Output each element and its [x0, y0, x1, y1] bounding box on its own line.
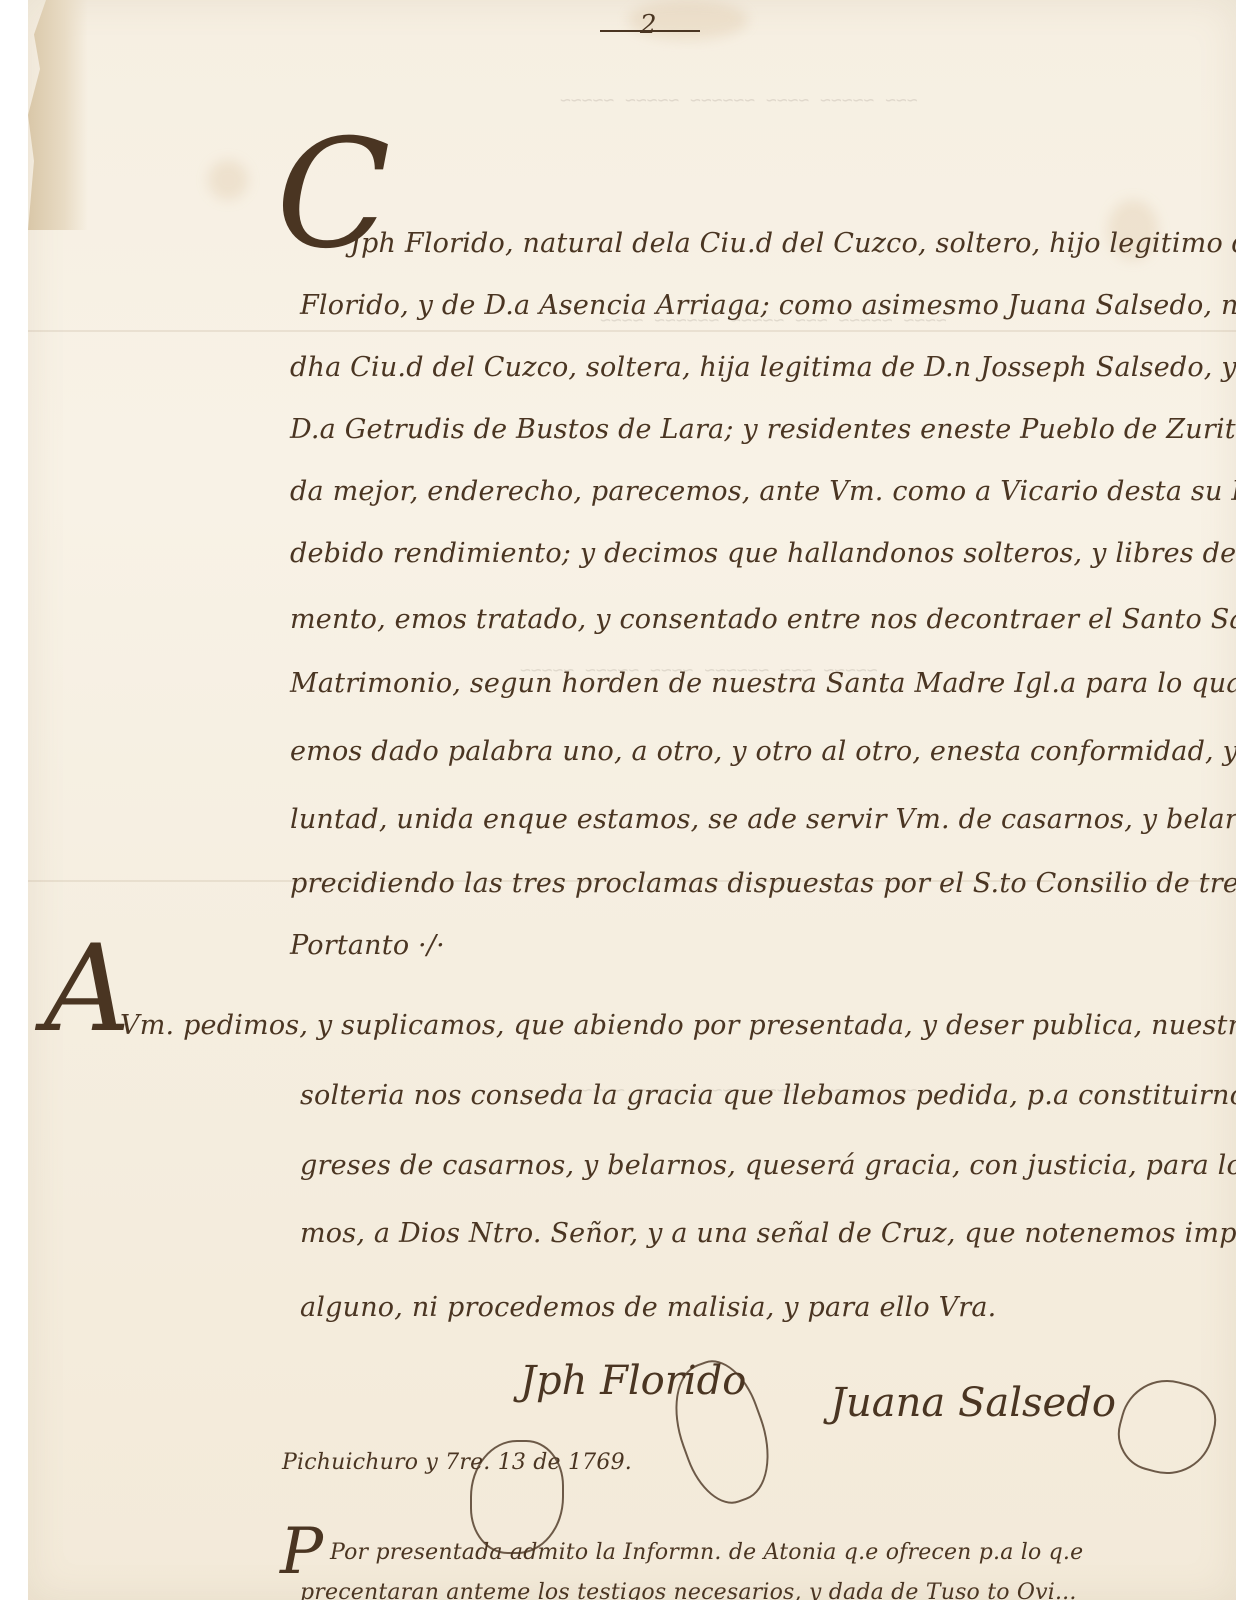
torn-paper-edge	[28, 0, 88, 230]
decorative-initial-a: A	[44, 930, 131, 1050]
decree-line-2: precentaran anteme los testigos necesari…	[300, 1580, 1077, 1600]
body-line-4: D.a Getrudis de Bustos de Lara; y reside…	[290, 414, 1236, 445]
body-line-10: luntad, unida enque estamos, se ade serv…	[290, 804, 1236, 835]
body-line-1: Jph Florido, natural dela Ciu.d del Cuzc…	[350, 228, 1236, 259]
decorative-initial-p: P	[280, 1520, 323, 1584]
body-line-3: dha Ciu.d del Cuzco, soltera, hija legit…	[290, 352, 1236, 383]
body-line-12: Portanto ·/·	[290, 930, 445, 961]
body-line-8: Matrimonio, segun horden de nuestra Sant…	[290, 668, 1236, 699]
place-date: Pichuichuro y 7re. 13 de 1769.	[282, 1450, 632, 1475]
petition-line-5: alguno, ni procedemos de malisia, y para…	[300, 1292, 996, 1323]
signature-juana-salsedo: Juana Salsedo	[830, 1380, 1116, 1426]
page-number: 2	[640, 10, 657, 40]
petition-line-1: Vm. pedimos, y suplicamos, que abiendo p…	[120, 1010, 1236, 1041]
body-line-11: precidiendo las tres proclamas dispuesta…	[290, 868, 1236, 899]
body-line-9: emos dado palabra uno, a otro, y otro al…	[290, 736, 1236, 767]
petition-line-3: greses de casarnos, y belarnos, queserá …	[300, 1150, 1236, 1181]
show-through-text: ~~~ ~~~~~ ~~~~ ~~~~~~ ~~~~~ ~~~~~	[560, 90, 918, 111]
body-line-2: Florido, y de D.a Asencia Arriaga; como …	[300, 290, 1236, 321]
paper-stain	[208, 160, 248, 200]
petition-line-4: mos, a Dios Ntro. Señor, y a una señal d…	[300, 1218, 1236, 1249]
body-line-5: da mejor, enderecho, parecemos, ante Vm.…	[290, 476, 1236, 507]
body-line-6: debido rendimiento; y decimos que hallan…	[290, 538, 1236, 569]
decree-line-1: Por presentada admito la Informn. de Ato…	[330, 1540, 1083, 1565]
petition-line-2: solteria nos conseda la gracia que lleba…	[300, 1080, 1236, 1111]
body-line-7: mento, emos tratado, y consentado entre …	[290, 604, 1236, 635]
